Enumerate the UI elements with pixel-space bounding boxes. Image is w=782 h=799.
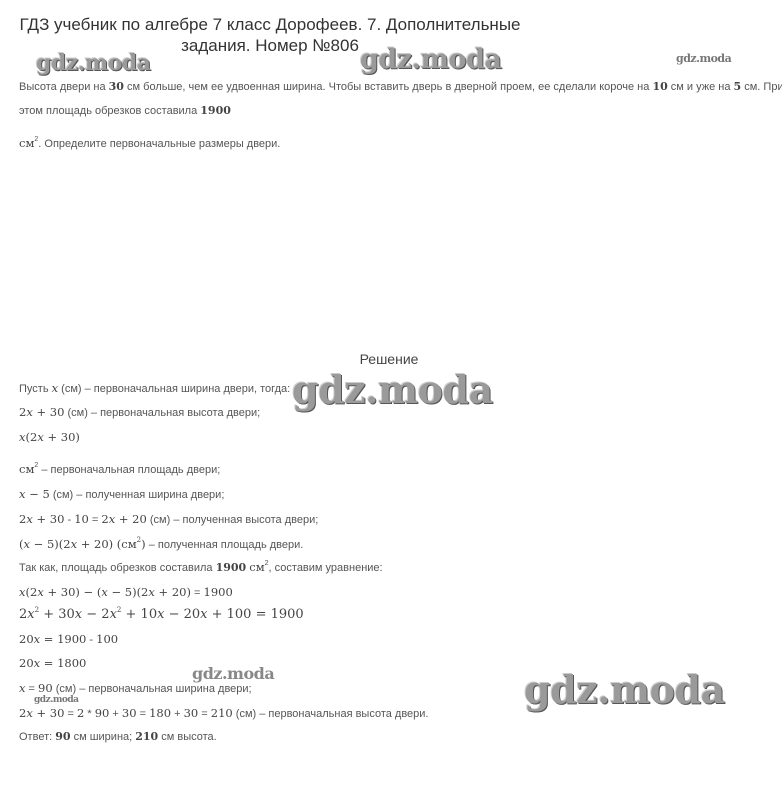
problem-line-1: Высота двери на 30 см больше, чем ее удв… [19, 80, 782, 93]
answer: Ответ: 90 см ширина; 210 см высота. [19, 730, 217, 743]
solution-step: Пусть x (см) – первоначальная ширина две… [19, 381, 290, 395]
watermark: gdz.moda [676, 52, 731, 65]
solution-step: 2x + 30 - 10 = 2x + 20 (см) – полученная… [19, 512, 318, 526]
solution-heading: Решение [0, 351, 782, 367]
solution-step: 2x + 30 = 2 * 90 + 30 = 180 + 30 = 210 (… [19, 706, 429, 720]
solution-step: 2x2 + 30x − 2x2 + 10x − 20x + 100 = 1900 [19, 606, 304, 622]
watermark: gdz.moda [292, 367, 493, 412]
watermark: gdz.moda [34, 695, 78, 705]
problem-line-3: см2. Определите первоначальные размеры д… [19, 136, 280, 150]
solution-step: 20x = 1800 [19, 656, 86, 670]
solution-step: (x − 5)(2x + 20) (см2) – полученная площ… [19, 536, 303, 551]
solution-step: 20x = 1900 - 100 [19, 632, 118, 646]
watermark: gdz.moda [36, 50, 151, 76]
watermark: gdz.moda [524, 667, 725, 712]
problem-line-2: этом площадь обрезков составила 1900 [19, 104, 231, 117]
solution-step: см2 – первоначальная площадь двери; [19, 462, 220, 476]
solution-step: Так как, площадь обрезков составила 1900… [19, 560, 383, 574]
solution-step: x(2x + 30) [19, 430, 80, 444]
solution-step: x − 5 (см) – полученная ширина двери; [19, 487, 224, 501]
solution-step: x = 90 (см) – первоначальная ширина двер… [19, 681, 252, 695]
title-line-1: ГДЗ учебник по алгебре 7 класс Дорофеев.… [0, 14, 540, 35]
solution-step: 2x + 30 (см) – первоначальная высота две… [19, 405, 260, 419]
watermark: gdz.moda [360, 44, 501, 75]
solution-step: x(2x + 30) − (x − 5)(2x + 20) = 1900 [19, 585, 233, 599]
